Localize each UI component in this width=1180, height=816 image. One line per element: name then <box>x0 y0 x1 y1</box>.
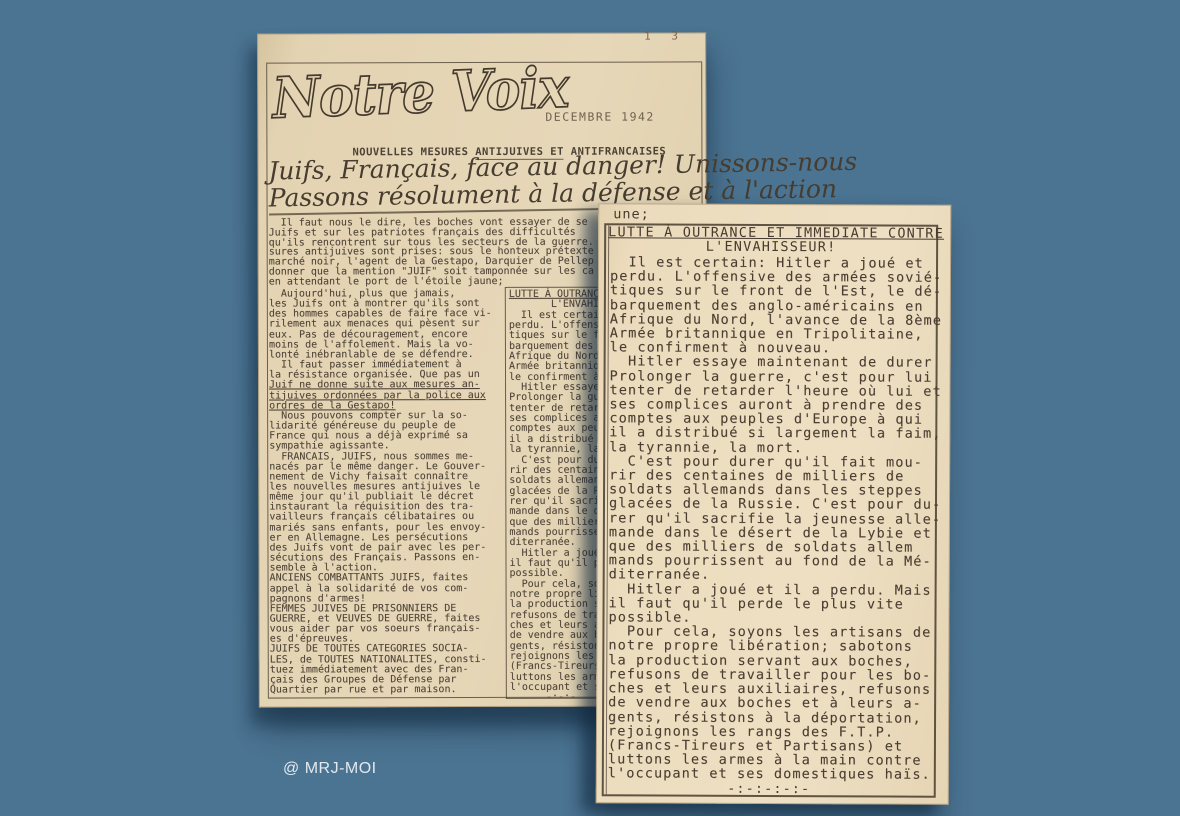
scan-background: 1 3 Notre Voix DECEMBRE 1942 NOUVELLES M… <box>0 0 1180 816</box>
masthead-title: Notre Voix <box>271 57 553 132</box>
clipping-end-mark: -:-:-:-:- <box>604 781 934 797</box>
left-column-article: Aujourd'hui, plus que jamais,les Juifs o… <box>269 289 506 696</box>
watermark-credit: @ MRJ-MOI <box>283 760 377 778</box>
clipping-headline-line2: L'ENVAHISSEUR! <box>606 239 936 254</box>
handwritten-headline: Juifs, Français, face au danger! Unisson… <box>268 150 699 211</box>
clipping-top-text-fragment: une; <box>613 206 650 222</box>
newspaper-clipping-overlay: une; LUTTE À OUTRANCE ET IMMEDIATE CONTR… <box>596 203 952 805</box>
clipping-article-box: LUTTE À OUTRANCE ET IMMEDIATE CONTRE L'E… <box>602 223 938 797</box>
text-line: l'occupant et ses domestiques haïs. <box>608 767 934 783</box>
text-line: Quartier par rue et par maison. <box>270 685 506 696</box>
page-number: 1 3 <box>644 29 685 42</box>
issue-date: DECEMBRE 1942 <box>545 110 655 124</box>
clipping-article-body: Il est certain: Hitler a joué etperdu. L… <box>604 255 936 782</box>
